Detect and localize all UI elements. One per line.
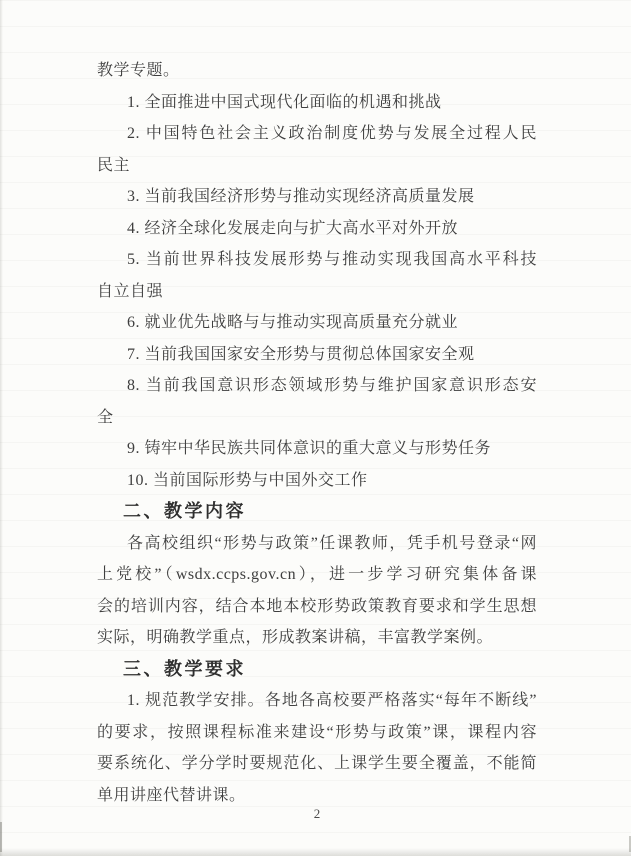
document-page: 教学专题。1. 全面推进中国式现代化面临的机遇和挑战2. 中国特色社会主义政治制… <box>0 0 631 856</box>
text-line: 2. 中国特色社会主义政治制度优势与发展全过程人民 <box>97 118 537 150</box>
text-line: 9. 铸牢中华民族共同体意识的重大意义与形势任务 <box>97 433 537 465</box>
text-line: 实际，明确教学重点，形成教案讲稿，丰富教学案例。 <box>97 622 537 654</box>
scan-edge-bottom <box>0 848 631 856</box>
text-line: 自立自强 <box>97 276 537 308</box>
text-line: 1. 全面推进中国式现代化面临的机遇和挑战 <box>97 87 537 119</box>
scan-edge-left <box>0 0 3 856</box>
text-line: 会的培训内容，结合本地本校形势政策教育要求和学生思想 <box>97 591 537 623</box>
text-line: 各高校组织“形势与政策”任课教师，凭手机号登录“网 <box>97 528 537 560</box>
text-line: 民主 <box>97 150 537 182</box>
text-line: 4. 经济全球化发展走向与扩大高水平对外开放 <box>97 213 537 245</box>
document-body: 教学专题。1. 全面推进中国式现代化面临的机遇和挑战2. 中国特色社会主义政治制… <box>97 55 537 811</box>
text-line: 教学专题。 <box>97 55 537 87</box>
text-line: 8. 当前我国意识形态领域形势与维护国家意识形态安 <box>97 370 537 402</box>
text-line: 1. 规范教学安排。各地各高校要严格落实“每年不断线” <box>97 685 537 717</box>
text-line: 6. 就业优先战略与与推动实现高质量充分就业 <box>97 307 537 339</box>
text-line: 全 <box>97 402 537 434</box>
text-line: 10. 当前国际形势与中国外交工作 <box>97 465 537 497</box>
text-line: 的要求，按照课程标准来建设“形势与政策”课，课程内容 <box>97 717 537 749</box>
text-line: 7. 当前我国国家安全形势与贯彻总体国家安全观 <box>97 339 537 371</box>
section-heading: 三、教学要求 <box>97 654 537 686</box>
scan-artifact-left <box>0 822 2 852</box>
text-line: 5. 当前世界科技发展形势与推动实现我国高水平科技 <box>97 244 537 276</box>
text-line: 要系统化、学分学时要规范化、上课学生要全覆盖，不能简 <box>97 748 537 780</box>
section-heading: 二、教学内容 <box>97 496 537 528</box>
text-line: 3. 当前我国经济形势与推动实现经济高质量发展 <box>97 181 537 213</box>
page-number: 2 <box>97 804 537 824</box>
text-line: 上党校”（wsdx.ccps.gov.cn），进一步学习研究集体备课 <box>97 559 537 591</box>
